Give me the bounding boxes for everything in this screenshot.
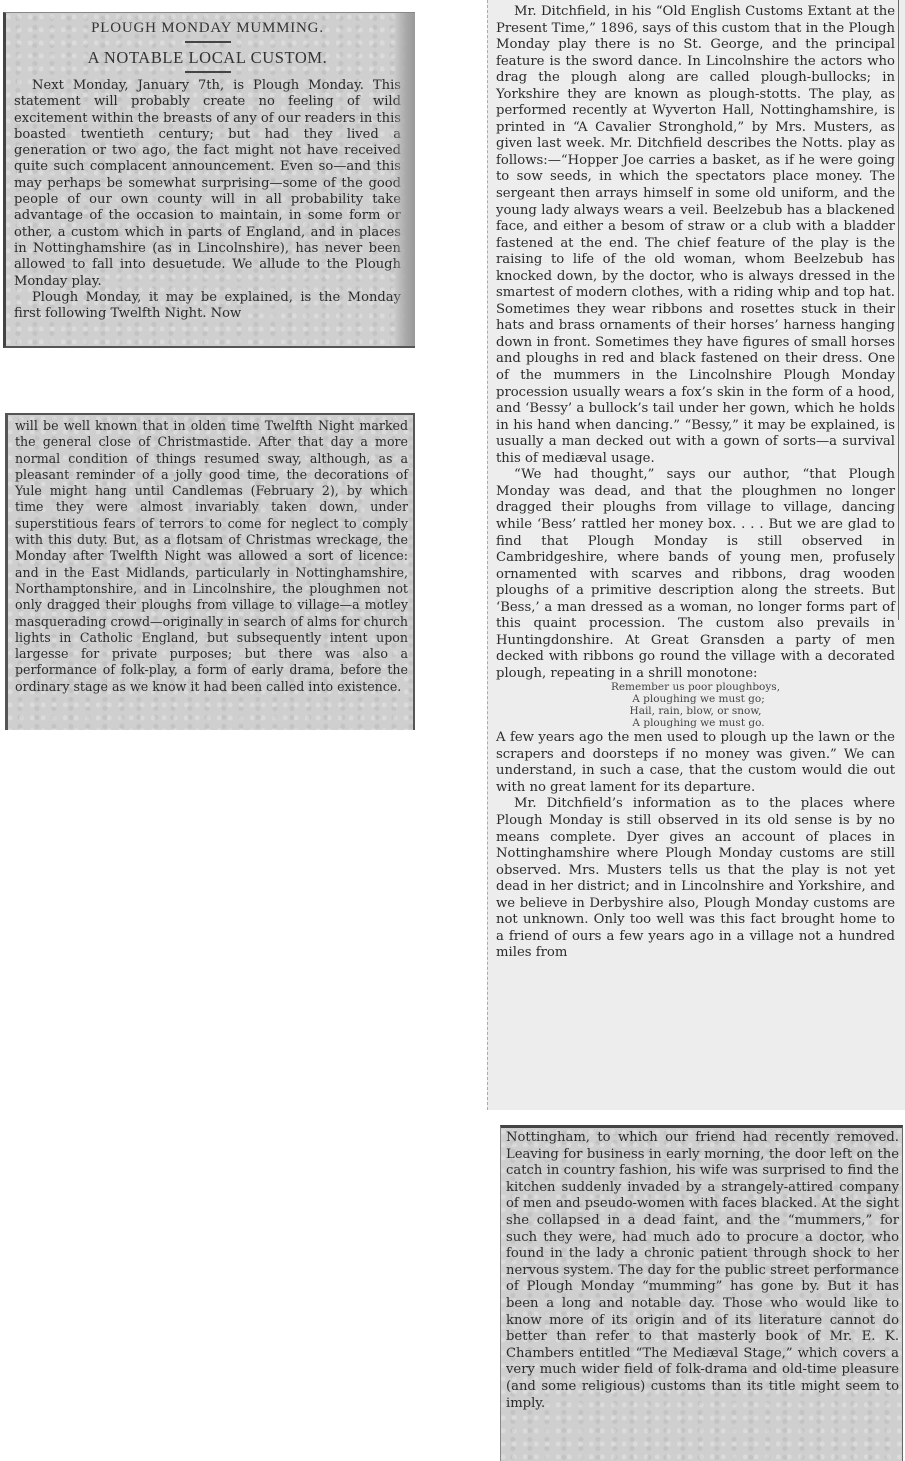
paragraph: A few years ago the men used to plough u… [496, 730, 895, 796]
clipping-panel-continuation: will be well known that in olden time Tw… [5, 413, 415, 730]
paragraph: “We had thought,” says our author, “that… [496, 467, 895, 682]
article-subheadline: A NOTABLE LOCAL CUSTOM. [14, 49, 401, 67]
paragraph: Nottingham, to which our friend had rece… [506, 1130, 899, 1412]
clipping-panel-conclusion: Nottingham, to which our friend had rece… [500, 1125, 903, 1461]
clipping-panel-ditchfield: Mr. Ditchfield, in his “Old English Cust… [487, 0, 905, 1110]
paragraph: Next Monday, January 7th, is Plough Mond… [14, 78, 401, 290]
paragraph: will be well known that in olden time Tw… [15, 418, 408, 695]
clipping-panel-opening: PLOUGH MONDAY MUMMING. A NOTABLE LOCAL C… [3, 12, 415, 348]
headline-divider [185, 41, 231, 43]
verse-line: Hail, rain, blow, or snow, [496, 706, 895, 718]
ploughboys-verse: Remember us poor ploughboys, A ploughing… [496, 682, 895, 729]
paragraph: Mr. Ditchfield, in his “Old English Cust… [496, 4, 895, 467]
verse-line: A ploughing we must go. [496, 718, 895, 730]
subheadline-divider [185, 71, 231, 73]
paragraph: Mr. Ditchfield’s information as to the p… [496, 796, 895, 961]
paragraph: Plough Monday, it may be explained, is t… [14, 290, 401, 323]
article-headline: PLOUGH MONDAY MUMMING. [14, 19, 401, 37]
